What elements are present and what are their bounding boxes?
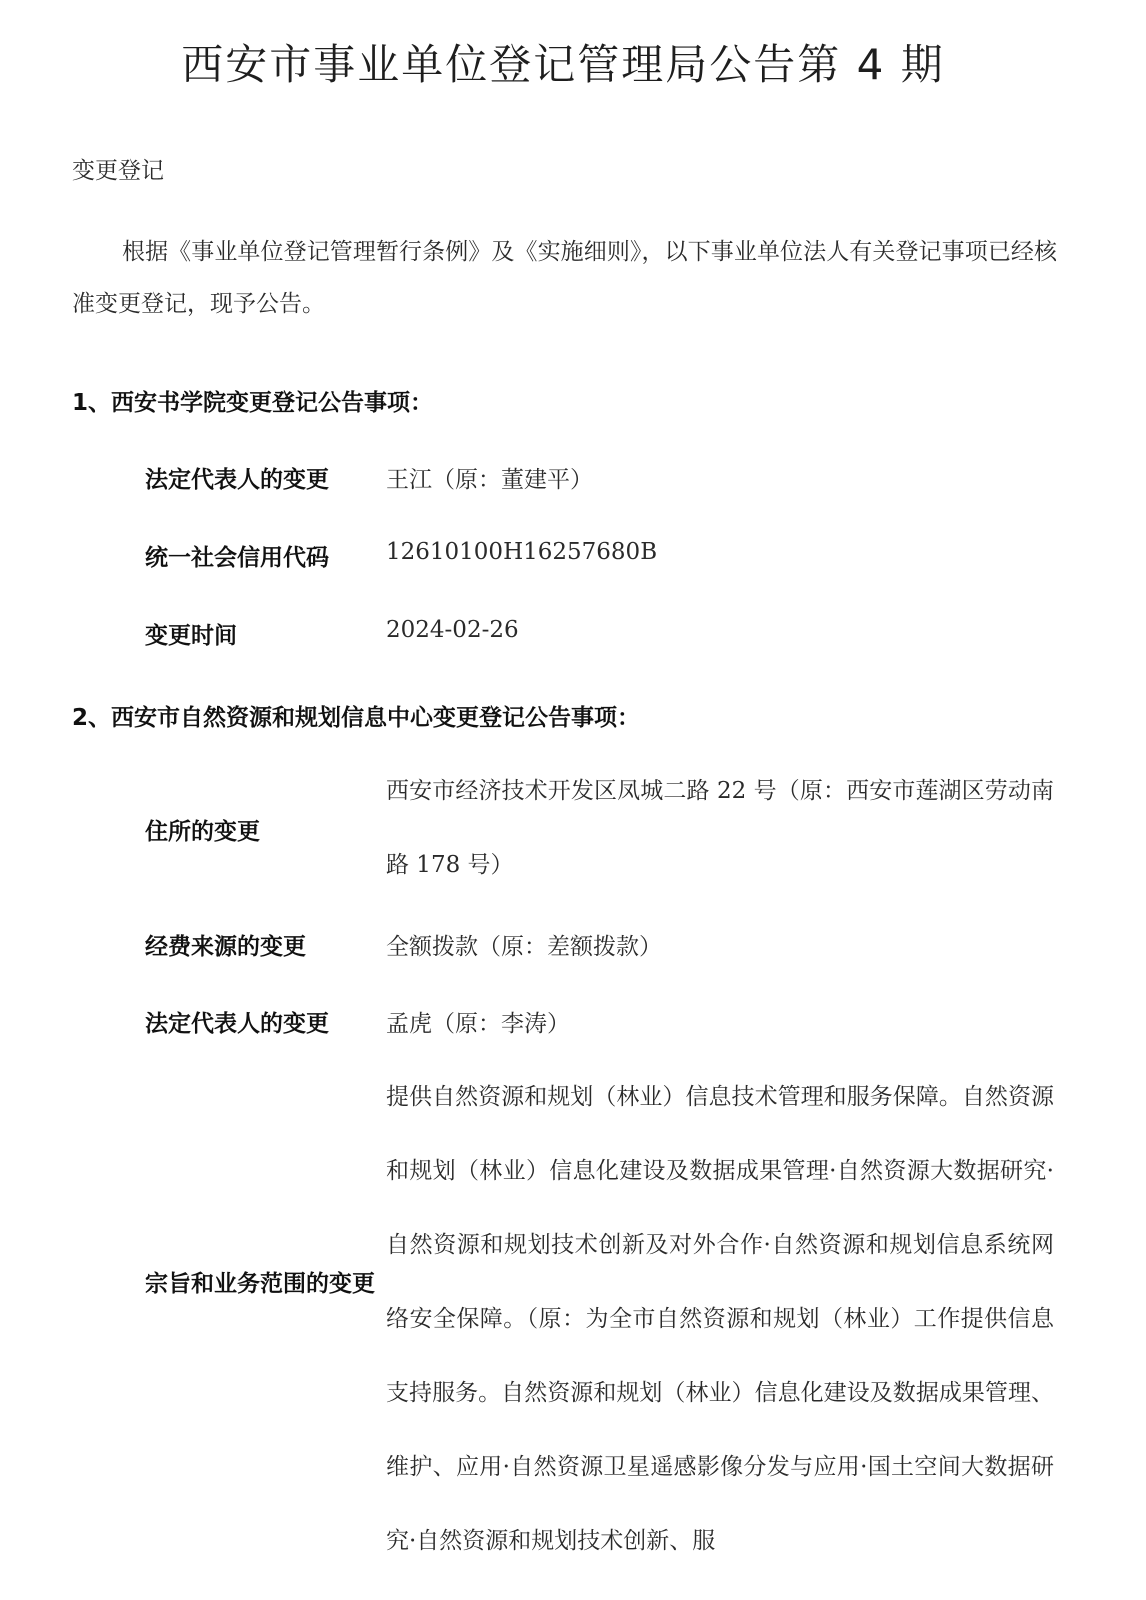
row-label: 统一社会信用代码 <box>145 539 329 572</box>
intro-paragraph: 根据《事业单位登记管理暂行条例》及《实施细则》，以下事业单位法人有关登记事项已经… <box>72 226 1057 330</box>
row-label: 住所的变更 <box>145 813 260 846</box>
row-label: 宗旨和业务范围的变更 <box>145 1241 375 1327</box>
section-heading: 变更登记 <box>72 152 164 185</box>
row-label: 法定代表人的变更 <box>145 461 329 494</box>
row-value: 孟虎（原：李涛） <box>386 1005 570 1038</box>
row-value: 提供自然资源和规划（林业）信息技术管理和服务保障。自然资源和规划（林业）信息化建… <box>386 1060 1054 1578</box>
row-label: 经费来源的变更 <box>145 928 306 961</box>
row-value: 2024-02-26 <box>386 617 519 643</box>
item-heading: 1、西安书学院变更登记公告事项： <box>72 384 433 417</box>
row-value: 12610100H16257680B <box>386 539 657 565</box>
row-value: 王江（原：董建平） <box>386 461 593 494</box>
document-title: 西安市事业单位登记管理局公告第 4 期 <box>0 32 1126 92</box>
row-label: 法定代表人的变更 <box>145 1005 329 1038</box>
row-label: 变更时间 <box>145 617 237 650</box>
item-heading: 2、西安市自然资源和规划信息中心变更登记公告事项： <box>72 699 640 732</box>
row-value: 西安市经济技术开发区凤城二路 22 号（原：西安市莲湖区劳动南路 178 号） <box>386 754 1054 902</box>
row-value: 全额拨款（原：差额拨款） <box>386 928 662 961</box>
